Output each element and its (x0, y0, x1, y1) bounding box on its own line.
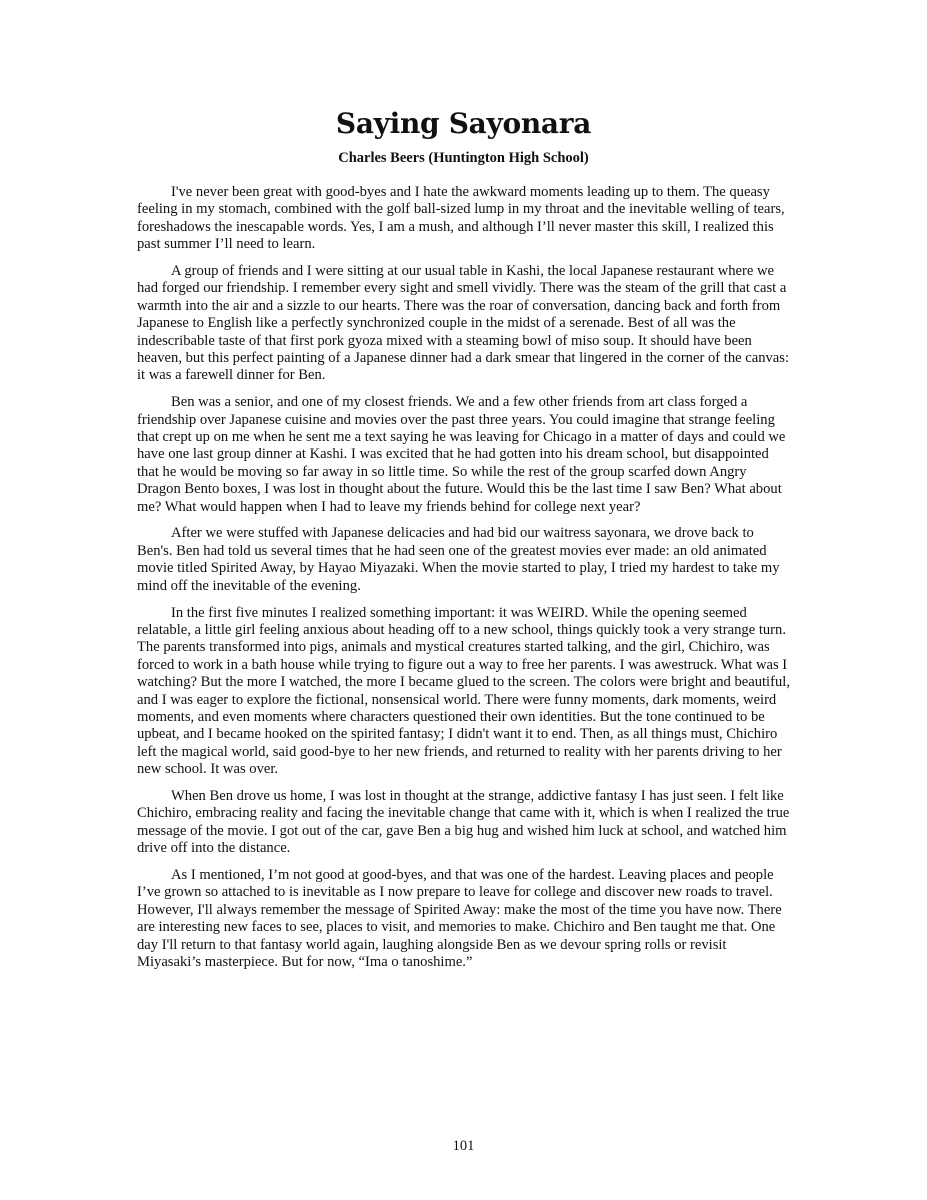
paragraph: A group of friends and I were sitting at… (137, 263, 792, 385)
paragraph: After we were stuffed with Japanese deli… (137, 525, 792, 595)
essay-title: Saying Sayonara (0, 106, 927, 142)
paragraph: When Ben drove us home, I was lost in th… (137, 788, 792, 858)
page-number: 101 (0, 1137, 927, 1155)
paragraph: In the first five minutes I realized som… (137, 605, 792, 779)
document-page: Saying Sayonara Charles Beers (Huntingto… (0, 0, 927, 1200)
paragraph: I've never been great with good-byes and… (137, 184, 792, 254)
author-byline: Charles Beers (Huntington High School) (0, 149, 927, 167)
paragraph: As I mentioned, I’m not good at good-bye… (137, 867, 792, 971)
essay-body: I've never been great with good-byes and… (137, 184, 792, 981)
paragraph: Ben was a senior, and one of my closest … (137, 394, 792, 516)
